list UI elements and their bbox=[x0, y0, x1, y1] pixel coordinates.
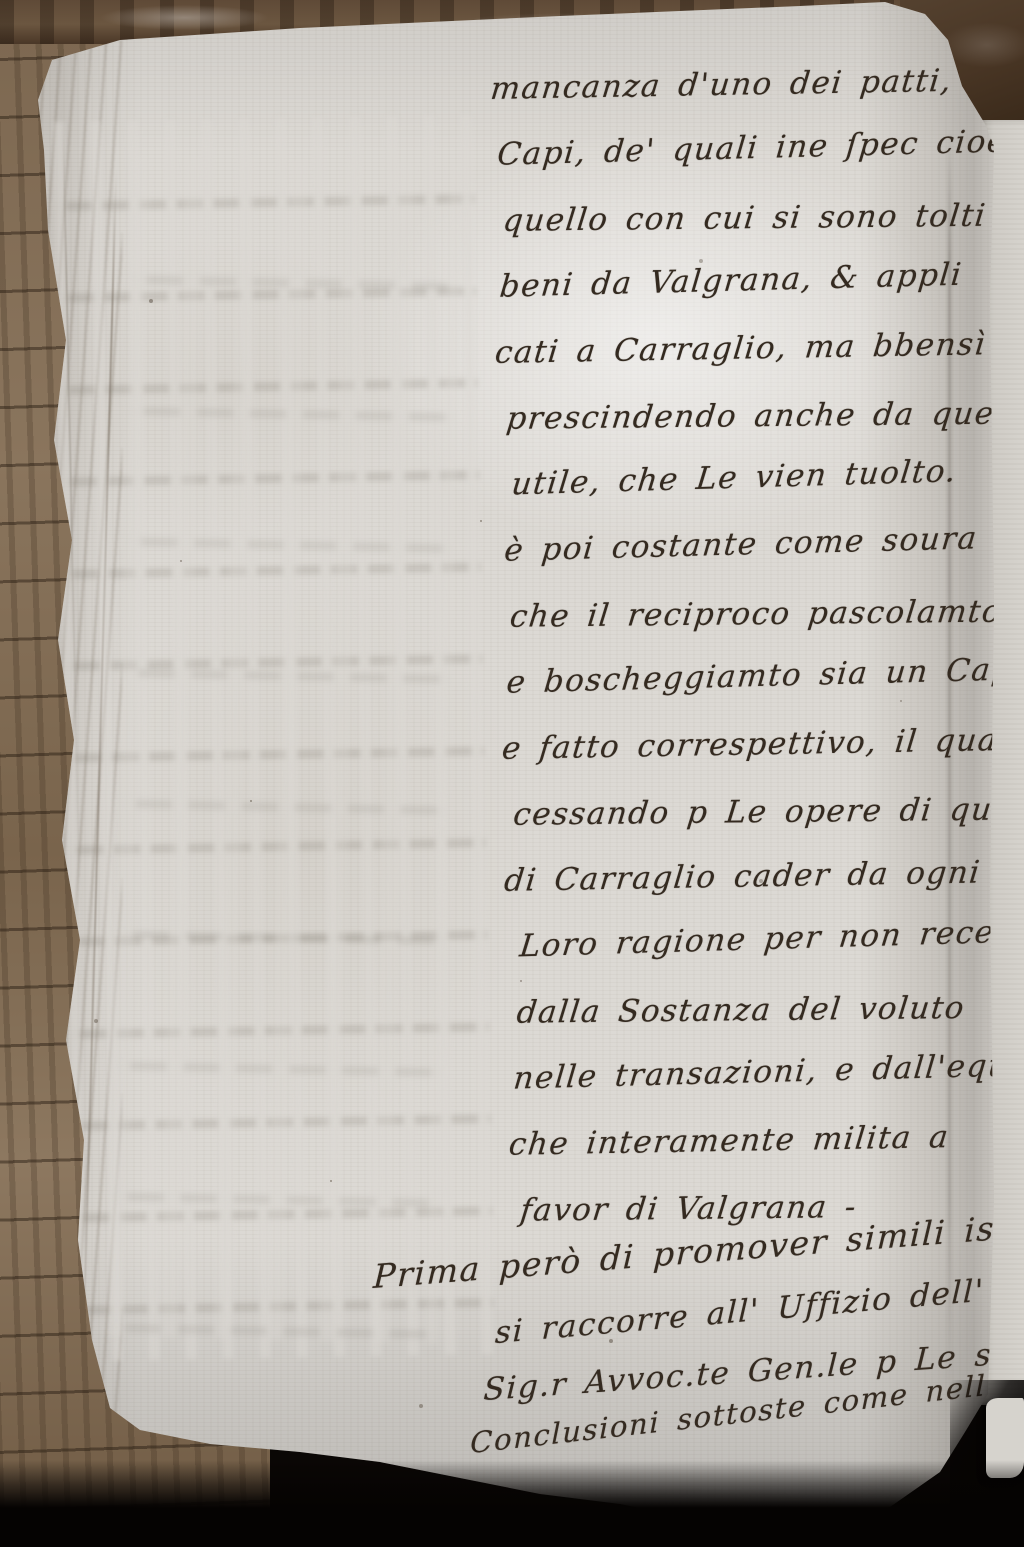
manuscript-line: e fatto correspettivo, il qual bbox=[499, 706, 1024, 781]
manuscript-line: Capi, de' quali ine ſpec cioè bbox=[494, 108, 1024, 188]
manuscript-text-column: mancanza d'uno dei patti, Capi, de' qual… bbox=[486, 47, 1024, 1244]
manuscript-line: cessando p Le opere di quegli bbox=[510, 776, 1024, 848]
manuscript-line: nelle transazioni, e dall'equi bbox=[510, 1032, 1024, 1112]
manuscript-line: che interamente milita a bbox=[506, 1102, 1024, 1177]
manuscript-line: cati a Carraglio, ma bbensì bbox=[492, 311, 1024, 386]
shadow-bottom bbox=[0, 1460, 1024, 1547]
bleedthrough-marks bbox=[108, 157, 463, 1344]
manuscript-line: è poi costante come soura bbox=[501, 504, 1024, 584]
manuscript-photo: mancanza d'uno dei patti, Capi, de' qual… bbox=[0, 0, 1024, 1547]
manuscript-line: beni da Valgrana, & appli bbox=[497, 240, 1024, 320]
manuscript-page: mancanza d'uno dei patti, Capi, de' qual… bbox=[0, 0, 1024, 1547]
manuscript-line: e boscheggiamto sia un Capo bbox=[504, 636, 1024, 716]
